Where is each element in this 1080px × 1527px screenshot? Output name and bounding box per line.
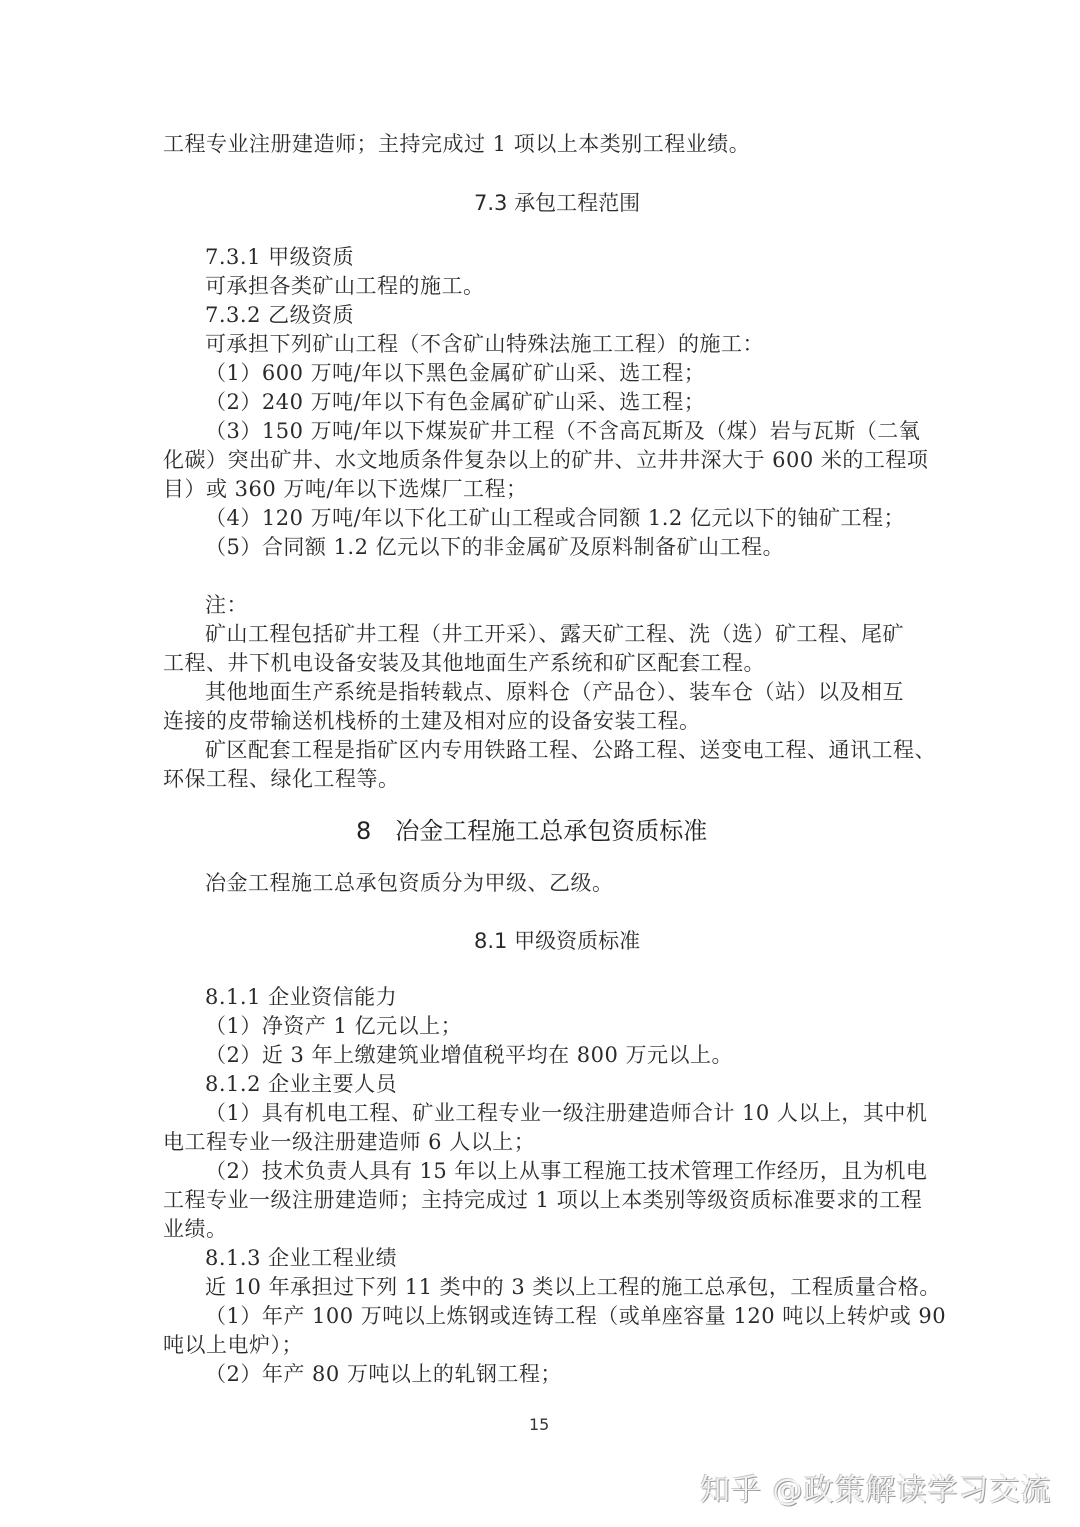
text-line: （2）年产 80 万吨以上的轧钢工程； bbox=[205, 1360, 562, 1389]
text-line: 8.1.2 企业主要人员 bbox=[205, 1070, 397, 1099]
text-line: （1）具有机电工程、矿业工程专业一级注册建造师合计 10 人以上，其中机 bbox=[205, 1099, 927, 1128]
text-line: （2）240 万吨/年以下有色金属矿矿山采、选工程； bbox=[205, 388, 705, 417]
text-line: 冶金工程施工总承包资质分为甲级、乙级。 bbox=[205, 869, 614, 898]
text-line: （1）600 万吨/年以下黑色金属矿矿山采、选工程； bbox=[205, 359, 705, 388]
text-line: 目）或 360 万吨/年以下选煤厂工程； bbox=[163, 475, 528, 504]
text-line: （2）技术负责人具有 15 年以上从事工程施工技术管理工作经历，且为机电 bbox=[205, 1157, 927, 1186]
text-line: 工程专业注册建造师；主持完成过 1 项以上本类别工程业绩。 bbox=[163, 130, 750, 159]
text-line: 工程、井下机电设备安装及其他地面生产系统和矿区配套工程。 bbox=[163, 649, 765, 678]
chapter-heading-8: 8 冶金工程施工总承包资质标准 bbox=[356, 811, 707, 846]
text-line: 可承担各类矿山工程的施工。 bbox=[205, 272, 485, 301]
text-line: 可承担下列矿山工程（不含矿山特殊法施工工程）的施工： bbox=[205, 330, 764, 359]
text-line: （3）150 万吨/年以下煤炭矿井工程（不含高瓦斯及（煤）岩与瓦斯（二氧 bbox=[205, 417, 920, 446]
text-line: （5）合同额 1.2 亿元以下的非金属矿及原料制备矿山工程。 bbox=[205, 533, 784, 562]
text-line: 8.1.1 企业资信能力 bbox=[205, 983, 397, 1012]
text-line: 其他地面生产系统是指转载点、原料仓（产品仓）、装车仓（站）以及相互 bbox=[205, 678, 904, 707]
text-line: （1）年产 100 万吨以上炼钢或连铸工程（或单座容量 120 吨以上转炉或 9… bbox=[205, 1302, 946, 1331]
text-line: 7.3.1 甲级资质 bbox=[205, 243, 354, 272]
text-line: 注： bbox=[205, 591, 248, 620]
text-line: 业绩。 bbox=[163, 1215, 228, 1244]
section-heading-7-3: 7.3 承包工程范围 bbox=[474, 187, 640, 217]
text-line: （1）净资产 1 亿元以上； bbox=[205, 1012, 462, 1041]
text-line: 吨以上电炉）； bbox=[163, 1331, 303, 1360]
text-line: 矿区配套工程是指矿区内专用铁路工程、公路工程、送变电工程、通讯工程、 bbox=[205, 736, 936, 765]
text-line: 7.3.2 乙级资质 bbox=[205, 301, 354, 330]
text-line: 矿山工程包括矿井工程（井工开采）、露天矿工程、洗（选）矿工程、尾矿 bbox=[205, 620, 904, 649]
text-line: 连接的皮带输送机栈桥的土建及相对应的设备安装工程。 bbox=[163, 707, 701, 736]
text-line: （2）近 3 年上缴建筑业增值税平均在 800 万元以上。 bbox=[205, 1041, 733, 1070]
text-line: 化碳）突出矿井、水文地质条件复杂以上的矿井、立井井深大于 600 米的工程项 bbox=[163, 446, 928, 475]
text-line: 近 10 年承担过下列 11 类中的 3 类以上工程的施工总承包，工程质量合格。 bbox=[205, 1273, 941, 1302]
text-line: 工程专业一级注册建造师；主持完成过 1 项以上本类别等级资质标准要求的工程 bbox=[163, 1186, 922, 1215]
page-number: 15 bbox=[529, 1415, 549, 1434]
text-line: 环保工程、绿化工程等。 bbox=[163, 765, 400, 794]
text-line: （4）120 万吨/年以下化工矿山工程或合同额 1.2 亿元以下的铀矿工程； bbox=[205, 504, 905, 533]
section-heading-8-1: 8.1 甲级资质标准 bbox=[474, 925, 640, 955]
zhihu-watermark: 知乎 @政策解读学习交流 bbox=[700, 1465, 1052, 1509]
text-line: 8.1.3 企业工程业绩 bbox=[205, 1244, 397, 1273]
text-line: 电工程专业一级注册建造师 6 人以上； bbox=[163, 1128, 535, 1157]
